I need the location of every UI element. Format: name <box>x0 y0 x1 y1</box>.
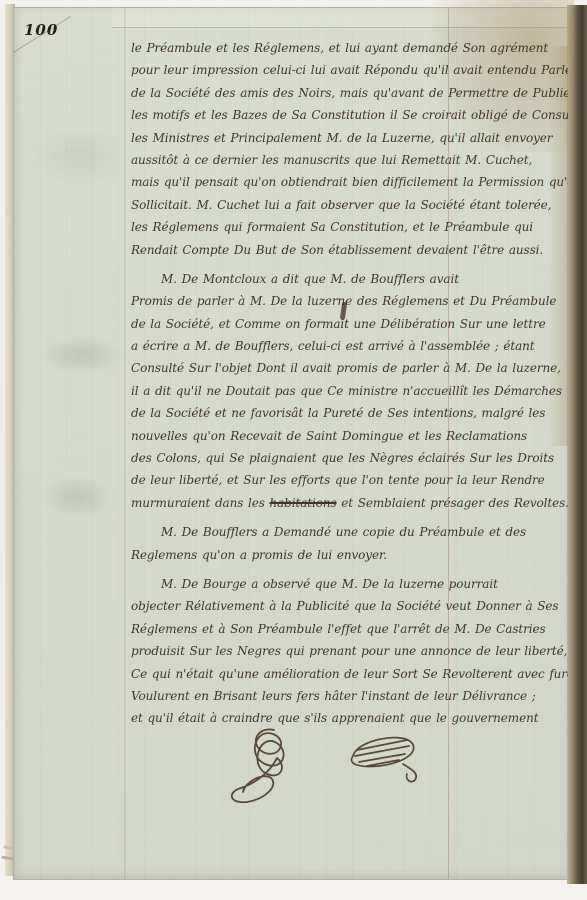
ms-line: les Réglemens qui formaient Sa Constitut… <box>131 216 568 238</box>
ms-line: les Ministres et Principalement M. de la… <box>131 127 568 149</box>
ms-line: et qu'il était à craindre que s'ils appr… <box>131 707 568 729</box>
ink-flourish-icon <box>219 722 319 807</box>
ms-line: le Préambule et les Réglemens, et lui ay… <box>131 37 568 59</box>
ms-line: des Colons, qui Se plaignaient que les N… <box>131 447 568 469</box>
manuscript-scan: 100 le Préambule et les Réglemens, et lu… <box>0 0 587 900</box>
manuscript-page: 100 le Préambule et les Réglemens, et lu… <box>13 7 569 880</box>
ms-line: produisit Sur les Negres qui prenant pou… <box>131 640 568 662</box>
ms-line: pour leur impression celui-ci lui avait … <box>131 59 568 81</box>
left-fold-line <box>124 8 126 879</box>
ink-bleedthrough <box>39 336 124 374</box>
right-fold-line <box>448 8 449 879</box>
ms-line: il a dit qu'il ne Doutait pas que Ce min… <box>131 380 568 402</box>
struck-word: habitations <box>270 496 337 510</box>
ms-line: M. De Montcloux a dit que M. de Bouffler… <box>131 268 568 290</box>
ms-line: Promis de parler à M. De la luzerne des … <box>131 290 568 312</box>
ink-bleedthrough <box>42 476 114 518</box>
ms-paragraph: M. De Bourge a observé que M. De la luze… <box>131 573 568 730</box>
ms-line: de la Société et ne favorisât la Pureté … <box>131 402 568 424</box>
ink-bleedthrough <box>29 126 129 188</box>
ms-line: Ce qui n'était qu'une amélioration de le… <box>131 663 568 685</box>
ms-line: nouvelles qu'on Recevait de Saint Doming… <box>131 425 568 447</box>
ms-paragraph: le Préambule et les Réglemens, et lui ay… <box>131 37 568 261</box>
ms-line: de la Société, et Comme on formait une D… <box>131 313 568 335</box>
ms-paragraph: M. De Boufflers a Demandé une copie du P… <box>131 521 568 566</box>
ink-flourish-icon <box>339 728 424 788</box>
ms-line: aussitôt à ce dernier les manuscrits que… <box>131 149 568 171</box>
ms-paragraph: M. De Montcloux a dit que M. de Bouffler… <box>131 268 568 514</box>
ms-line: a écrire a M. de Boufflers, celui-ci est… <box>131 335 568 357</box>
ms-line: Consulté Sur l'objet Dont il avait promi… <box>131 357 568 379</box>
folio-number: 100 <box>24 21 58 39</box>
ms-line: Voulurent en Brisant leurs fers hâter l'… <box>131 685 568 707</box>
ms-line: Rendait Compte Du But de Son établisseme… <box>131 239 568 261</box>
ms-line: murmuraient dans les habitations et Semb… <box>131 492 568 514</box>
ms-line: objecter Rélativement à la Publicité que… <box>131 595 568 617</box>
ms-line: de la Société des amis des Noirs, mais q… <box>131 82 568 104</box>
ms-line: de leur liberté, et Sur les efforts que … <box>131 469 568 491</box>
ms-line: M. De Bourge a observé que M. De la luze… <box>131 573 568 595</box>
ms-line: les motifs et les Bazes de Sa Constituti… <box>131 104 568 126</box>
manuscript-text: le Préambule et les Réglemens, et lui ay… <box>131 37 568 753</box>
ms-line: Réglemens et à Son Préambule l'effet que… <box>131 618 568 640</box>
ms-line: mais qu'il pensait qu'on obtiendrait bie… <box>131 171 568 193</box>
ms-line: Sollicitait. M. Cuchet lui a fait observ… <box>131 194 568 216</box>
ms-line: M. De Boufflers a Demandé une copie du P… <box>131 521 568 543</box>
ms-line: Reglemens qu'on a promis de lui envoyer. <box>131 544 568 566</box>
